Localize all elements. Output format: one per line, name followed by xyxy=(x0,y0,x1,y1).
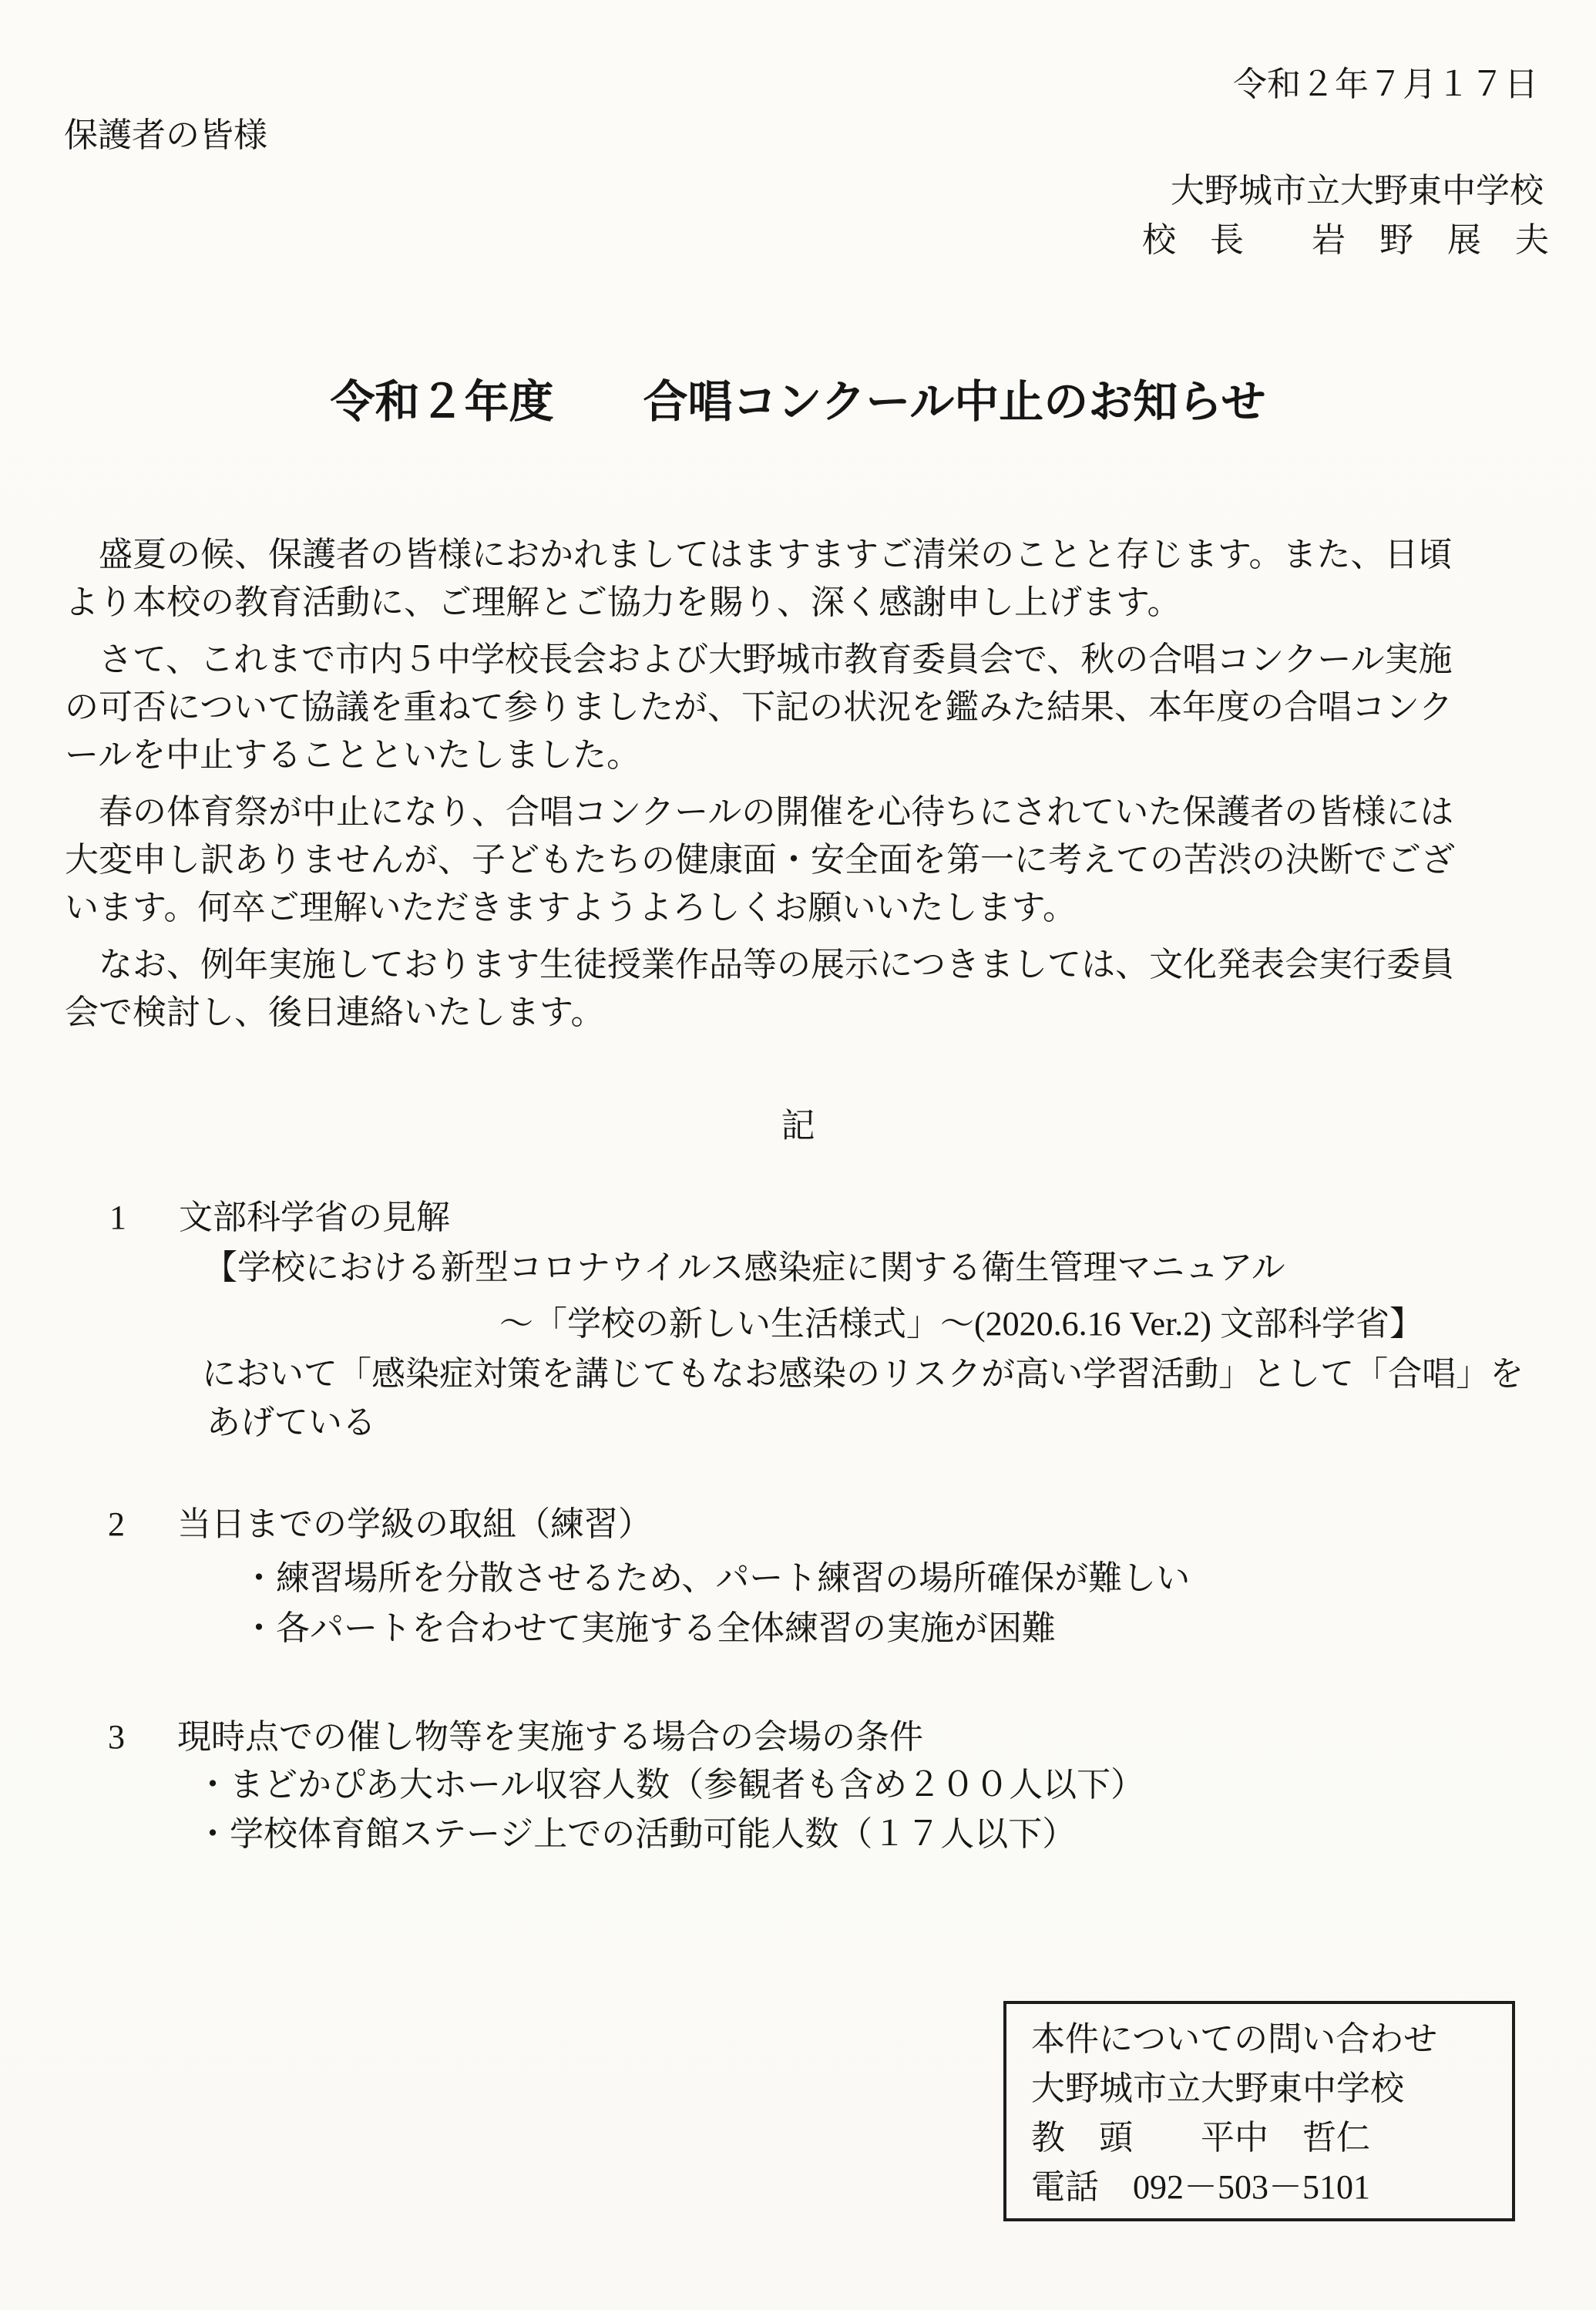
section-heading: 現時点での催し物等を実施する場合の会場の条件 xyxy=(177,1716,923,1758)
record-marker: 記 xyxy=(0,1098,1596,1147)
section-line: 【学校における新型コロナウイルス感染症に関する衛生管理マニュアル xyxy=(203,1246,1285,1289)
contact-box-line: 電話 092－503－5101 xyxy=(1031,2166,1370,2208)
sender-principal-line: 校 長 岩 野 展 夫 xyxy=(1142,219,1549,261)
addressee-line: 保護者の皆様 xyxy=(64,114,267,156)
section-line: において「感染症対策を講じてもなお感染のリスクが高い学習活動」として「合唱」を xyxy=(202,1353,1524,1395)
contact-box-line: 教 頭 平中 哲仁 xyxy=(1031,2117,1370,2159)
sender-school-line: 大野城市立大野東中学校 xyxy=(1171,170,1544,212)
section-heading: 当日までの学級の取組（練習） xyxy=(177,1503,652,1545)
section-bullet: ・学校体育館ステージ上での活動可能人数（１７人以下） xyxy=(196,1813,1076,1855)
section-line: ～「学校の新しい生活様式」～(2020.6.16 Ver.2) 文部科学省】 xyxy=(499,1303,1423,1345)
document-title: 令和２年度 合唱コンクール中止のお知らせ xyxy=(0,365,1596,430)
section-bullet: ・各パートを合わせて実施する全体練習の実施が困難 xyxy=(242,1607,1056,1649)
body-line: います。何卒ご理解いただきますようよろしくお願いいたします。 xyxy=(65,886,1077,929)
section-bullet: ・まどかぴあ大ホール収容人数（参観者も含め２００人以下） xyxy=(196,1764,1144,1806)
body-line: 春の体育祭が中止になり、合唱コンクールの開催を心待ちにされていた保護者の皆様には xyxy=(65,791,1453,833)
body-line: ールを中止することといたしました。 xyxy=(65,734,640,776)
section-number: 3 xyxy=(108,1716,125,1758)
body-line: なお、例年実施しております生徒授業作品等の展示につきましては、文化発表会実行委員 xyxy=(65,943,1454,986)
section-number: 2 xyxy=(108,1503,125,1545)
section-number: 1 xyxy=(109,1196,126,1239)
body-line: 会で検討し、後日連絡いたします。 xyxy=(65,991,604,1034)
date-line: 令和２年７月１７日 xyxy=(1233,63,1538,106)
contact-box: 本件についての問い合わせ 大野城市立大野東中学校 教 頭 平中 哲仁 電話 09… xyxy=(1003,2001,1515,2221)
contact-box-line: 本件についての問い合わせ xyxy=(1031,2018,1437,2060)
contact-box-line: 大野城市立大野東中学校 xyxy=(1031,2067,1404,2110)
body-line: 盛夏の候、保護者の皆様におかれましてはますますご清栄のことと存じます。また、日頃 xyxy=(65,533,1452,576)
body-line: より本校の教育活動に、ご理解とご協力を賜り、深く感謝申し上げます。 xyxy=(65,581,1181,624)
body-line: 大変申し訳ありませんが、子どもたちの健康面・安全面を第一に考えての苦渋の決断でご… xyxy=(65,839,1455,881)
section-bullet: ・練習場所を分散させるため、パート練習の場所確保が難しい xyxy=(242,1557,1190,1599)
body-line: さて、これまで市内５中学校長会および大野城市教育委員会で、秋の合唱コンクール実施 xyxy=(65,638,1452,681)
section-line: あげている xyxy=(207,1401,376,1444)
document-page: 令和２年７月１７日 保護者の皆様 大野城市立大野東中学校 校 長 岩 野 展 夫… xyxy=(0,0,1596,2310)
section-heading: 文部科学省の見解 xyxy=(179,1196,450,1239)
body-line: の可否について協議を重ねて参りましたが、下記の状況を鑑みた結果、本年度の合唱コン… xyxy=(65,686,1453,728)
